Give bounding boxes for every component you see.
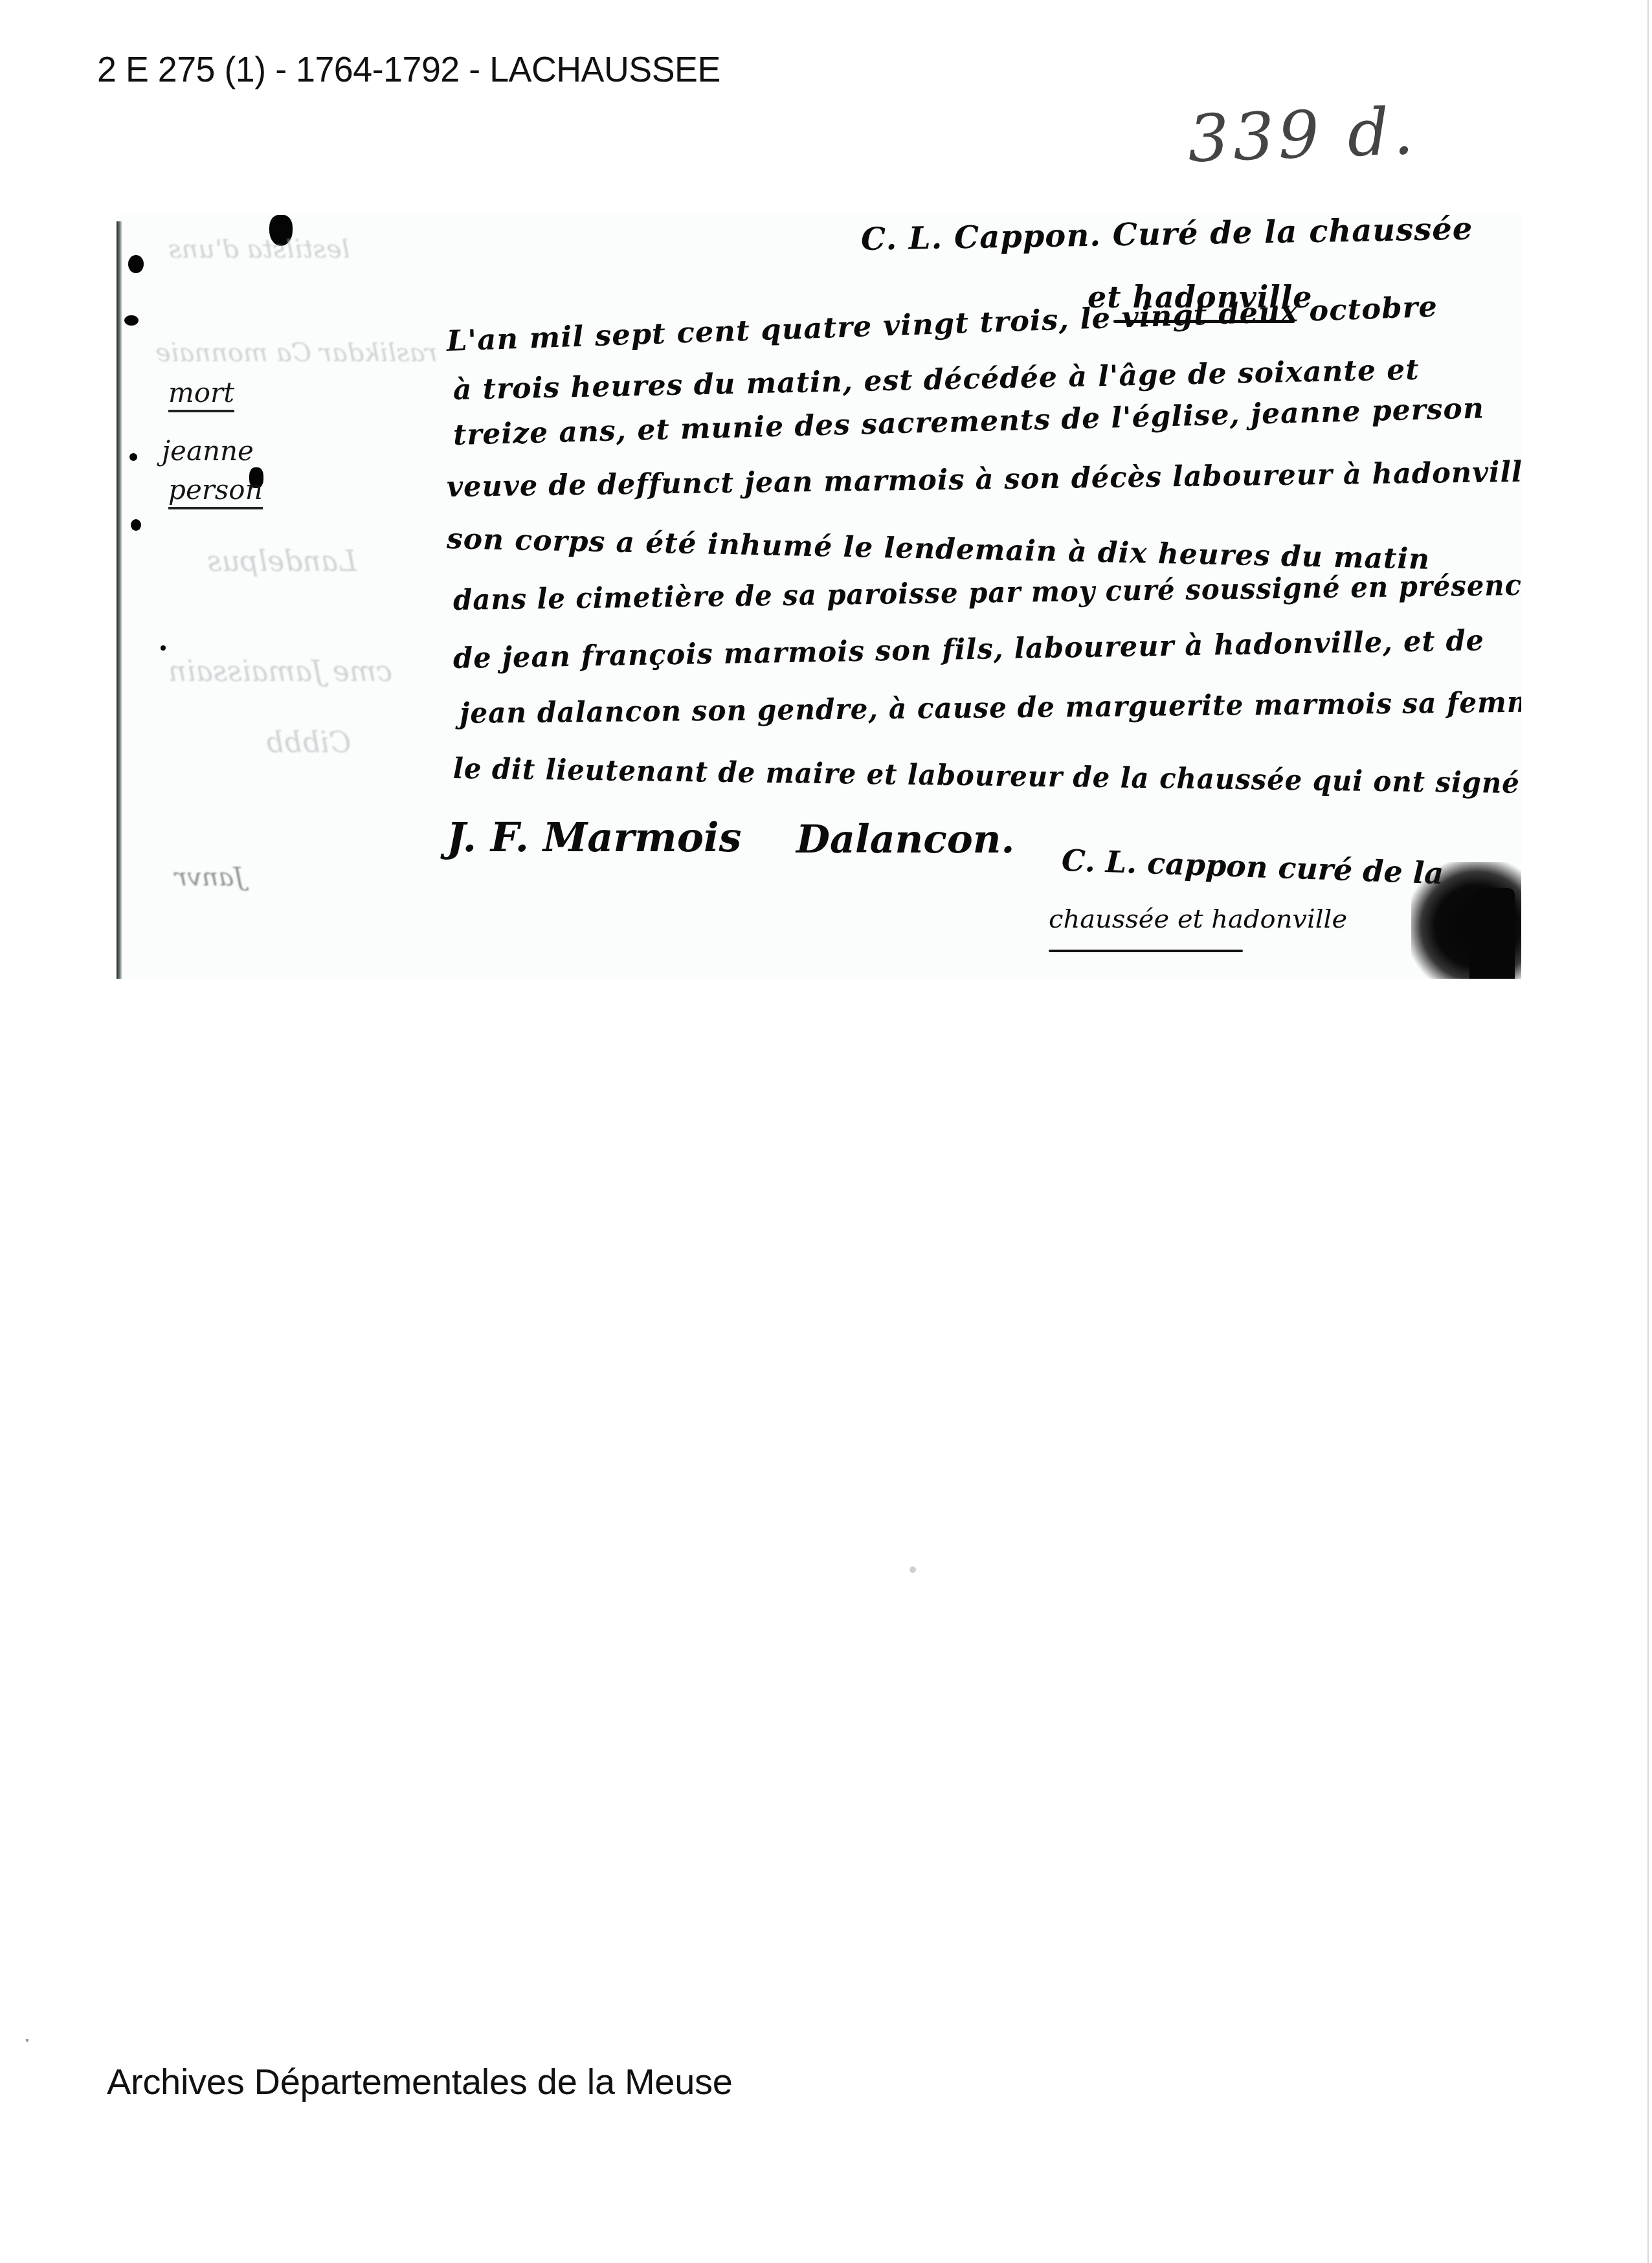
bleed-through-text: Janvr [175, 862, 244, 892]
bleed-through-text: raslikdar Ca monnaie [155, 338, 438, 368]
scan-speck [26, 2039, 28, 2042]
signature-cappon-parish: chaussée et hadonville [1049, 904, 1347, 934]
document-reference-header: 2 E 275 (1) - 1764-1792 - LACHAUSSEE [97, 48, 720, 90]
ink-blot [129, 453, 137, 461]
signature-marmois: J. F. Marmois [447, 814, 742, 861]
scan-speck [910, 1566, 916, 1573]
bleed-through-text: Landelpus [207, 545, 357, 578]
archive-institution-footer: Archives Départementales de la Meuse [107, 2060, 733, 2102]
body-line: dans le cimetière de sa paroisse par moy… [453, 569, 1521, 617]
signature-cappon: C. L. cappon curé de la [1061, 843, 1444, 891]
ink-blot [131, 519, 141, 531]
page-edge [1647, 0, 1649, 2263]
body-line: veuve de deffunct jean marmois à son déc… [447, 455, 1521, 504]
folio-number: 339 d. [1187, 93, 1418, 177]
body-line: de jean françois marmois son fils, labou… [453, 624, 1485, 675]
margin-note-surname: person [168, 474, 263, 509]
scan-shadow [1469, 888, 1515, 979]
body-line: jean dalancon son gendre, à cause de mar… [460, 686, 1521, 730]
ink-blot [128, 255, 144, 273]
binding-edge [117, 221, 122, 979]
bleed-through-text: lestilsta d'uns [168, 234, 350, 264]
bleed-through-text: Cibbb [265, 726, 351, 759]
signature-dalancon: Dalancon. [796, 817, 1014, 862]
ink-blot [161, 645, 166, 651]
body-line: L'an mil sept cent quatre vingt trois, l… [446, 291, 1438, 358]
heading-line: C. L. Cappon. Curé de la chaussée [861, 215, 1473, 258]
body-line: son corps a été inhumé le lendemain à di… [446, 522, 1430, 576]
bleed-through-text: cme Jamaissain [168, 655, 392, 688]
signature-underline [1049, 950, 1243, 952]
ink-blot [124, 315, 139, 326]
margin-note-death: mort [168, 377, 234, 412]
margin-note-first-name: jeanne [162, 435, 254, 467]
manuscript-scan: lestilsta d'uns raslikdar Ca monnaie Lan… [117, 215, 1521, 979]
body-line: le dit lieutenant de maire et laboureur … [453, 752, 1521, 800]
